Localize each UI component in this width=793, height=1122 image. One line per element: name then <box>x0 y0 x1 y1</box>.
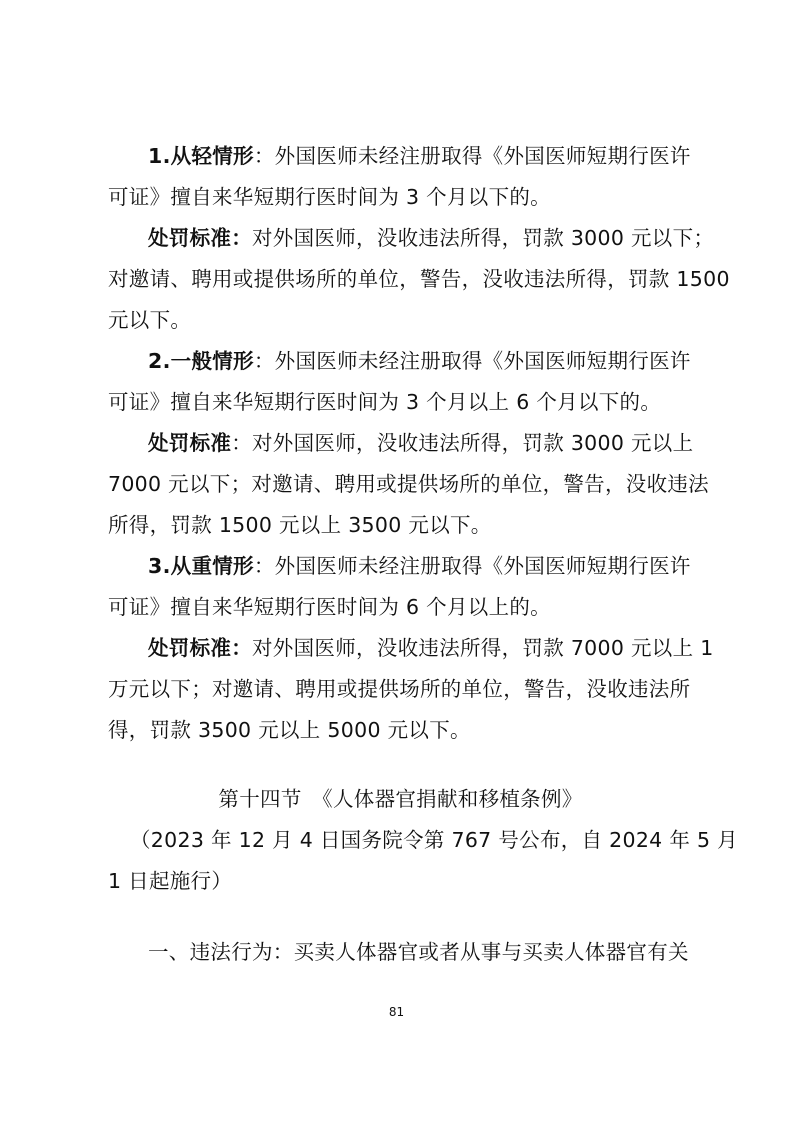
chapter-note-line-1: （2023 年 12 月 4 日国务院令第 767 号公布，自 2024 年 5… <box>130 828 738 852</box>
section-3-line-2: 可证》擅自来华短期行医时间为 6 个月以上的。 <box>108 595 551 619</box>
chapter-note-line-2: 1 日起施行） <box>108 869 232 893</box>
section-1-penalty-line-2: 对邀请、聘用或提供场所的单位，警告，没收违法所得，罚款 1500 <box>108 267 730 291</box>
section-label: 1.从轻情形 <box>148 144 254 168</box>
section-1-line-1: 1.从轻情形：外国医师未经注册取得《外国医师短期行医许 <box>148 144 691 168</box>
section-label: 2.一般情形 <box>148 349 254 373</box>
penalty-label: 处罚标准： <box>148 636 252 660</box>
section-2-penalty-line-2: 7000 元以下；对邀请、聘用或提供场所的单位，警告，没收违法 <box>108 472 709 496</box>
section-3-penalty-line-3: 得，罚款 3500 元以上 5000 元以下。 <box>108 718 471 742</box>
section-2-penalty-line-3: 所得，罚款 1500 元以上 3500 元以下。 <box>108 513 492 537</box>
section-2-penalty-line-1: 处罚标准：对外国医师，没收违法所得，罚款 3000 元以上 <box>148 431 693 455</box>
chapter-title: 第十四节 《人体器官捐献和移植条例》 <box>108 787 693 811</box>
penalty-label: 处罚标准： <box>148 226 252 250</box>
item-1-line-1: 一、违法行为：买卖人体器官或者从事与买卖人体器官有关 <box>148 940 689 964</box>
section-3-line-1: 3.从重情形：外国医师未经注册取得《外国医师短期行医许 <box>148 554 691 578</box>
section-2-line-1: 2.一般情形：外国医师未经注册取得《外国医师短期行医许 <box>148 349 691 373</box>
section-1-penalty-line-3: 元以下。 <box>108 308 191 332</box>
section-2-line-2: 可证》擅自来华短期行医时间为 3 个月以上 6 个月以下的。 <box>108 390 661 414</box>
section-3-penalty-line-1: 处罚标准：对外国医师，没收违法所得，罚款 7000 元以上 1 <box>148 636 714 660</box>
section-1-line-2: 可证》擅自来华短期行医时间为 3 个月以下的。 <box>108 185 551 209</box>
section-1-penalty-line-1: 处罚标准：对外国医师，没收违法所得，罚款 3000 元以下； <box>148 226 714 250</box>
page-number: 81 <box>0 1005 793 1019</box>
penalty-label: 处罚标准 <box>148 431 231 455</box>
section-3-penalty-line-2: 万元以下；对邀请、聘用或提供场所的单位，警告，没收违法所 <box>108 677 690 701</box>
section-label: 3.从重情形 <box>148 554 254 578</box>
